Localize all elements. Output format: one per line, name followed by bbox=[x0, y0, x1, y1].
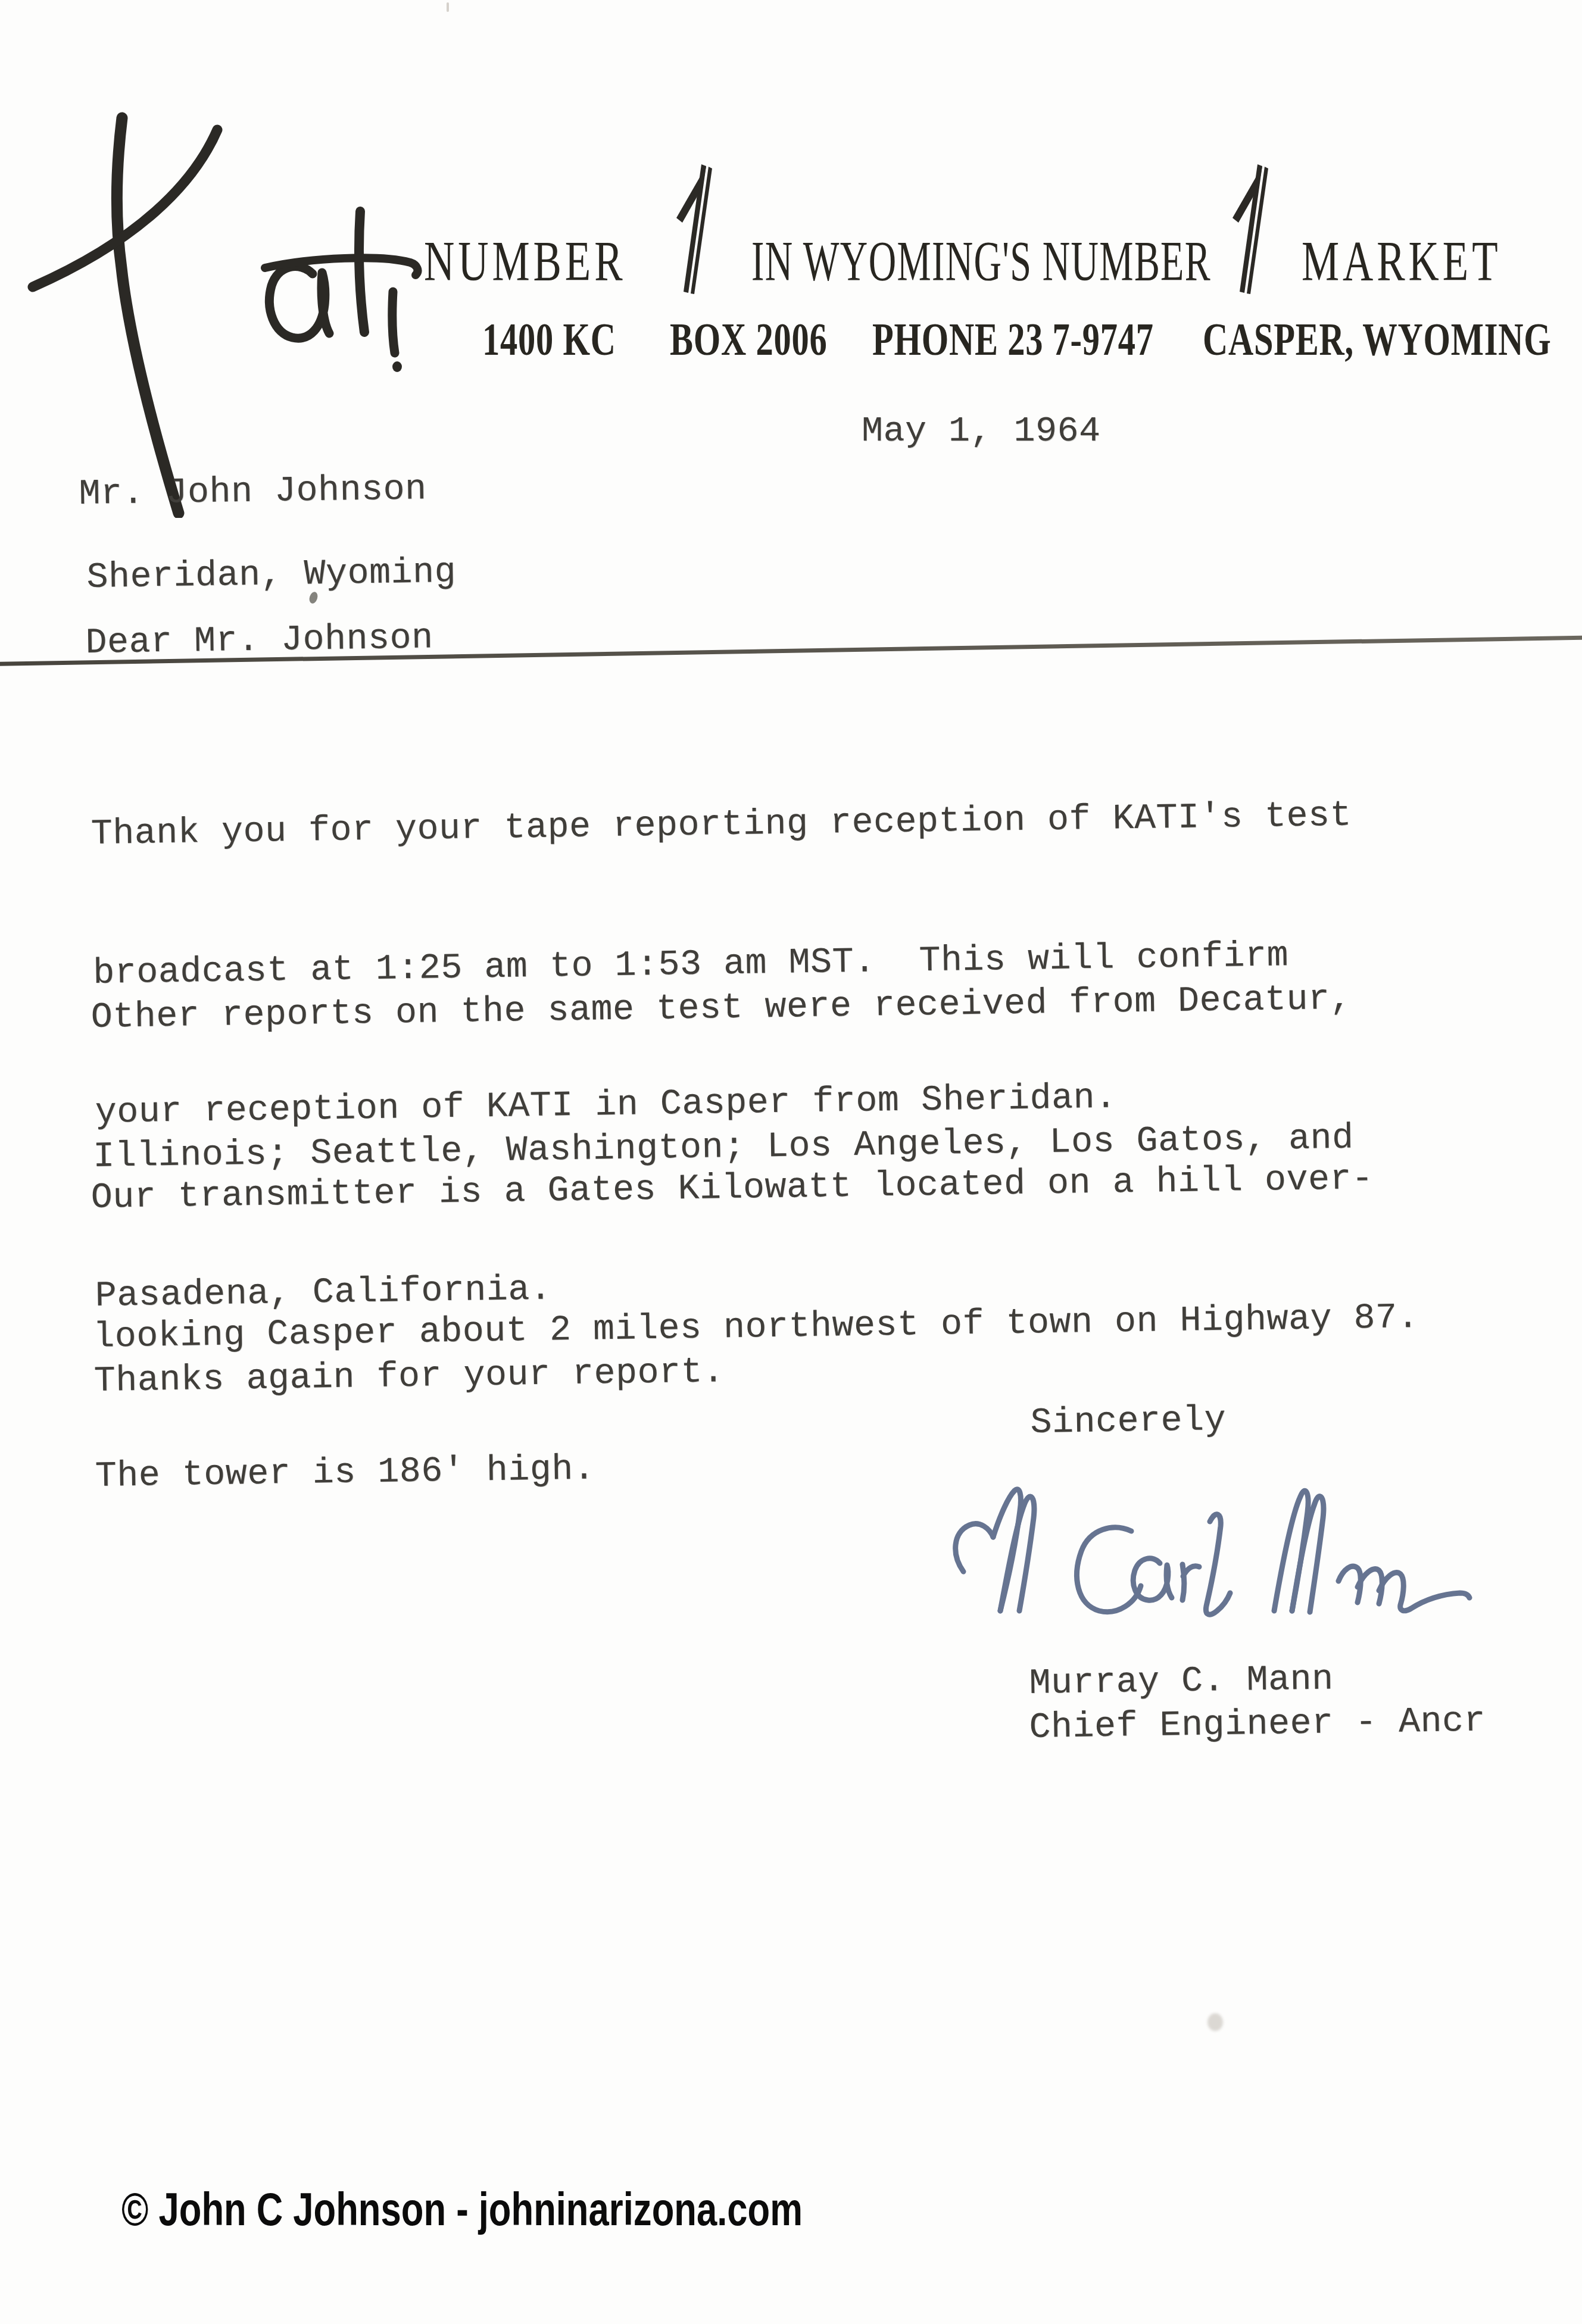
paragraph-line: Thanks again for your report. bbox=[93, 1349, 725, 1405]
station-phone: PHONE 23 7-9747 bbox=[872, 313, 1154, 366]
scan-smudge bbox=[1207, 2013, 1223, 2031]
letter-date: May 1, 1964 bbox=[862, 408, 1101, 455]
tagline-middle-words: IN WYOMING'S NUMBER bbox=[751, 228, 1211, 294]
recipient-city: Sheridan, Wyoming bbox=[86, 549, 457, 601]
scan-speck bbox=[447, 2, 449, 12]
station-city: CASPER, WYOMING bbox=[1203, 313, 1551, 366]
signer-title: Chief Engineer - Ancr bbox=[1029, 1698, 1486, 1751]
big-numeral-1-icon bbox=[666, 161, 723, 296]
station-po-box: BOX 2006 bbox=[670, 313, 827, 366]
kati-script-logo-icon bbox=[9, 89, 426, 518]
paragraph-line: Thank you for your tape reporting recept… bbox=[91, 793, 1352, 858]
recipient-name: Mr. John Johnson bbox=[79, 466, 427, 518]
paragraph-line: Other reports on the same test were rece… bbox=[91, 976, 1352, 1041]
paragraph-4: Thanks again for your report. bbox=[92, 1256, 726, 1498]
signer-name: Murray C. Mann bbox=[1029, 1656, 1334, 1707]
tagline-number-word-1: NUMBER bbox=[424, 228, 626, 294]
copyright-watermark: © John C Johnson - johninarizona.com bbox=[121, 2184, 803, 2236]
paragraph-line: Our transmitter is a Gates Kilowatt loca… bbox=[91, 1155, 1417, 1222]
closing-sincerely: Sincerely bbox=[1030, 1397, 1227, 1447]
station-frequency: 1400 KC bbox=[482, 313, 616, 366]
big-numeral-1-icon bbox=[1222, 161, 1279, 296]
handwritten-signature bbox=[941, 1476, 1477, 1619]
scanned-letter-page: NUMBER IN WYOMING'S NUMBER MARKET 1400 K… bbox=[0, 0, 1582, 2324]
tagline-market-word: MARKET bbox=[1302, 228, 1501, 294]
